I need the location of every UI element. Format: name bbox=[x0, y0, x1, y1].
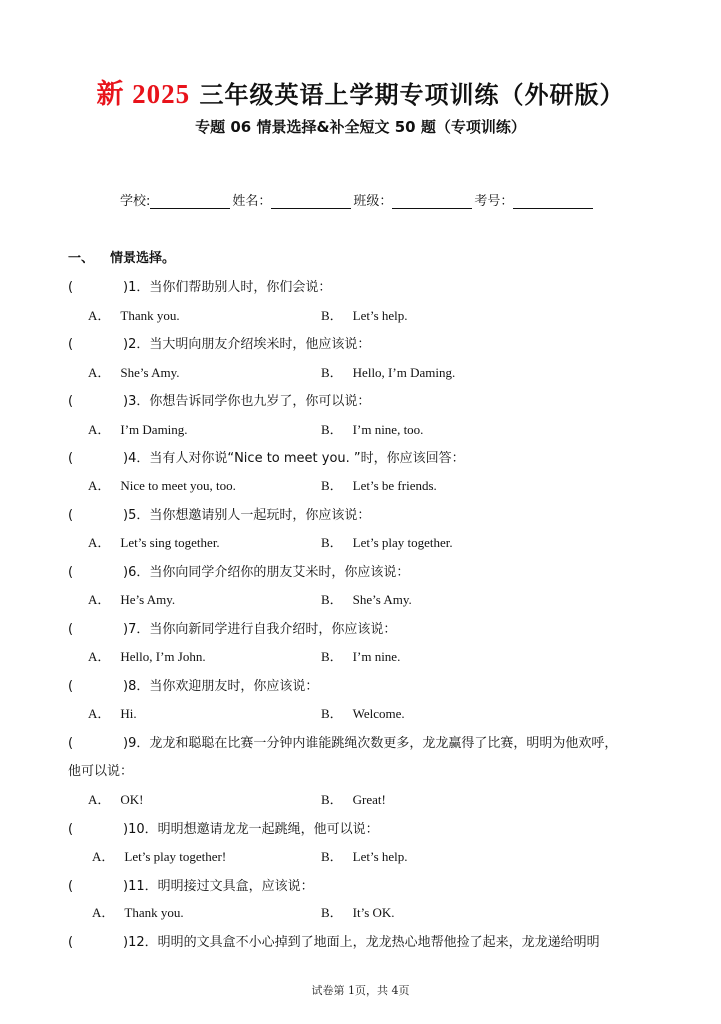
option-letter: A． bbox=[88, 535, 110, 550]
question-9-continuation: 他可以说： bbox=[68, 760, 133, 779]
option-text: I’m Daming. bbox=[120, 422, 187, 437]
answer-blank[interactable]: ( bbox=[68, 451, 123, 466]
school-blank[interactable] bbox=[150, 194, 230, 209]
option-text: Let’s help. bbox=[353, 849, 408, 864]
answer-blank[interactable]: ( bbox=[68, 822, 123, 837]
question-text: 明明想邀请龙龙一起跳绳，他可以说： bbox=[158, 822, 379, 837]
option-text: Welcome. bbox=[353, 706, 405, 721]
option-letter: A． bbox=[88, 792, 110, 807]
option-text: It’s OK. bbox=[353, 905, 395, 920]
question-2: ()2．当大明向朋友介绍埃米时，他应该说： bbox=[68, 333, 370, 352]
option-letter: A． bbox=[88, 592, 110, 607]
option-letter: B． bbox=[321, 478, 343, 493]
option-a: A．Let’s sing together. bbox=[88, 532, 220, 551]
exam-page: 新 2025 三年级英语上学期专项训练（外研版） 专题 06 情景选择&补全短文… bbox=[0, 0, 721, 1024]
question-5: ()5．当你想邀请别人一起玩时，你应该说： bbox=[68, 504, 370, 523]
question-number: )7． bbox=[123, 622, 149, 637]
option-letter: A． bbox=[88, 706, 110, 721]
option-b: B．I’m nine. bbox=[321, 646, 400, 665]
option-text: Let’s sing together. bbox=[120, 535, 219, 550]
question-text: 明明的文具盒不小心掉到了地面上，龙龙热心地帮他捡了起来，龙龙递给明明 bbox=[158, 935, 600, 950]
question-text: 当你欢迎朋友时，你应该说： bbox=[149, 679, 318, 694]
question-text: 当你向新同学进行自我介绍时，你应该说： bbox=[149, 622, 396, 637]
option-letter: B． bbox=[321, 905, 343, 920]
question-8: ()8．当你欢迎朋友时，你应该说： bbox=[68, 675, 318, 694]
question-number: )2． bbox=[123, 337, 149, 352]
option-b: B．I’m nine, too. bbox=[321, 419, 423, 438]
question-number: )3． bbox=[123, 394, 149, 409]
option-text: Thank you. bbox=[124, 905, 183, 920]
option-a: A．Hi. bbox=[88, 703, 137, 722]
question-text: 明明接过文具盒，应该说： bbox=[158, 879, 314, 894]
option-text: Let’s help. bbox=[353, 308, 408, 323]
option-text: Let’s play together! bbox=[124, 849, 226, 864]
answer-blank[interactable]: ( bbox=[68, 565, 123, 580]
option-text: OK! bbox=[120, 792, 143, 807]
section-title: 情景选择。 bbox=[110, 251, 175, 266]
question-number: )9． bbox=[123, 736, 149, 751]
option-letter: B． bbox=[321, 422, 343, 437]
answer-blank[interactable]: ( bbox=[68, 679, 123, 694]
option-b: B．Welcome. bbox=[321, 703, 405, 722]
question-number: )12． bbox=[123, 935, 158, 950]
option-text: She’s Amy. bbox=[353, 592, 412, 607]
answer-blank[interactable]: ( bbox=[68, 879, 123, 894]
answer-blank[interactable]: ( bbox=[68, 935, 123, 950]
option-a: A．Nice to meet you, too. bbox=[88, 475, 236, 494]
question-number: )4． bbox=[123, 451, 149, 466]
option-text: He’s Amy. bbox=[120, 592, 175, 607]
option-b: B．She’s Amy. bbox=[321, 589, 412, 608]
page-title: 新 2025 三年级英语上学期专项训练（外研版） bbox=[0, 72, 721, 111]
option-a: A．I’m Daming. bbox=[88, 419, 188, 438]
question-12: ()12．明明的文具盒不小心掉到了地面上，龙龙热心地帮他捡了起来，龙龙递给明明 bbox=[68, 931, 600, 950]
name-blank[interactable] bbox=[271, 194, 351, 209]
question-number: )6． bbox=[123, 565, 149, 580]
answer-blank[interactable]: ( bbox=[68, 622, 123, 637]
question-text: 你想告诉同学你也九岁了，你可以说： bbox=[149, 394, 370, 409]
option-a: A．Let’s play together! bbox=[92, 846, 226, 865]
option-b: B．Let’s be friends. bbox=[321, 475, 437, 494]
option-letter: B． bbox=[321, 792, 343, 807]
option-a: A．Thank you. bbox=[88, 305, 180, 324]
option-letter: B． bbox=[321, 308, 343, 323]
option-letter: B． bbox=[321, 365, 343, 380]
class-blank[interactable] bbox=[392, 194, 472, 209]
option-letter: B． bbox=[321, 535, 343, 550]
exam-number-blank[interactable] bbox=[513, 194, 593, 209]
title-text: 三年级英语上学期专项训练（外研版） bbox=[190, 81, 624, 109]
option-letter: B． bbox=[321, 706, 343, 721]
option-b: B．Let’s help. bbox=[321, 846, 408, 865]
answer-blank[interactable]: ( bbox=[68, 337, 123, 352]
option-text: I’m nine, too. bbox=[353, 422, 424, 437]
question-text: 当你想邀请别人一起玩时，你应该说： bbox=[149, 508, 370, 523]
option-a: A．She’s Amy. bbox=[88, 362, 180, 381]
answer-blank[interactable]: ( bbox=[68, 394, 123, 409]
question-number: )8． bbox=[123, 679, 149, 694]
school-label: 学校: bbox=[120, 190, 150, 209]
option-letter: B． bbox=[321, 849, 343, 864]
option-letter: B． bbox=[321, 649, 343, 664]
question-number: )11． bbox=[123, 879, 158, 894]
name-label: 姓名： bbox=[232, 190, 271, 209]
option-b: B．It’s OK. bbox=[321, 902, 395, 921]
question-number: )10． bbox=[123, 822, 158, 837]
option-text: I’m nine. bbox=[353, 649, 401, 664]
answer-blank[interactable]: ( bbox=[68, 280, 123, 295]
question-number: )5． bbox=[123, 508, 149, 523]
question-number: )1． bbox=[123, 280, 149, 295]
question-text: 当你们帮助别人时，你们会说： bbox=[149, 280, 331, 295]
option-text: Thank you. bbox=[120, 308, 179, 323]
question-3: ()3．你想告诉同学你也九岁了，你可以说： bbox=[68, 390, 370, 409]
question-6: ()6．当你向同学介绍你的朋友艾米时，你应该说： bbox=[68, 561, 409, 580]
option-b: B．Let’s play together. bbox=[321, 532, 453, 551]
question-text: 龙龙和聪聪在比赛一分钟内谁能跳绳次数更多，龙龙赢得了比赛，明明为他欢呼， bbox=[149, 736, 617, 751]
option-letter: A． bbox=[88, 422, 110, 437]
question-7: ()7．当你向新同学进行自我介绍时，你应该说： bbox=[68, 618, 396, 637]
option-letter: A． bbox=[92, 905, 114, 920]
question-9: ()9．龙龙和聪聪在比赛一分钟内谁能跳绳次数更多，龙龙赢得了比赛，明明为他欢呼， bbox=[68, 732, 617, 751]
option-text: Hello, I’m John. bbox=[120, 649, 205, 664]
option-b: B．Hello, I’m Daming. bbox=[321, 362, 455, 381]
option-text: Great! bbox=[353, 792, 386, 807]
question-text: 当大明向朋友介绍埃米时，他应该说： bbox=[149, 337, 370, 352]
option-letter: A． bbox=[88, 649, 110, 664]
answer-blank[interactable]: ( bbox=[68, 508, 123, 523]
class-label: 班级： bbox=[353, 190, 392, 209]
section-number: 一、 bbox=[68, 251, 94, 266]
question-10: ()10．明明想邀请龙龙一起跳绳，他可以说： bbox=[68, 818, 379, 837]
option-letter: A． bbox=[88, 308, 110, 323]
question-1: ()1．当你们帮助别人时，你们会说： bbox=[68, 276, 331, 295]
option-text: Let’s be friends. bbox=[353, 478, 437, 493]
title-highlight: 新 2025 bbox=[96, 79, 190, 109]
option-text: Hi. bbox=[120, 706, 136, 721]
option-text: She’s Amy. bbox=[120, 365, 179, 380]
page-footer: 试卷第 1页，共 4页 bbox=[0, 982, 721, 998]
question-11: ()11．明明接过文具盒，应该说： bbox=[68, 875, 314, 894]
question-4: ()4．当有人对你说“Nice to meet you. ”时，你应该回答： bbox=[68, 447, 465, 466]
section-heading: 一、情景选择。 bbox=[68, 247, 175, 266]
question-text: 当有人对你说“Nice to meet you. ”时，你应该回答： bbox=[149, 451, 464, 466]
option-a: A．Thank you. bbox=[92, 902, 184, 921]
option-text: Let’s play together. bbox=[353, 535, 453, 550]
student-info-row: 学校: 姓名： 班级： 考号： bbox=[120, 190, 595, 209]
option-letter: A． bbox=[88, 365, 110, 380]
option-letter: A． bbox=[92, 849, 114, 864]
option-text: Hello, I’m Daming. bbox=[353, 365, 456, 380]
page-subtitle: 专题 06 情景选择&补全短文 50 题（专项训练） bbox=[0, 116, 721, 137]
option-a: A．OK! bbox=[88, 789, 144, 808]
option-b: B．Let’s help. bbox=[321, 305, 408, 324]
question-text: 当你向同学介绍你的朋友艾米时，你应该说： bbox=[149, 565, 409, 580]
option-a: A．Hello, I’m John. bbox=[88, 646, 206, 665]
exam-number-label: 考号： bbox=[474, 190, 513, 209]
option-letter: A． bbox=[88, 478, 110, 493]
answer-blank[interactable]: ( bbox=[68, 736, 123, 751]
option-letter: B． bbox=[321, 592, 343, 607]
option-text: Nice to meet you, too. bbox=[120, 478, 236, 493]
option-b: B．Great! bbox=[321, 789, 386, 808]
option-a: A．He’s Amy. bbox=[88, 589, 175, 608]
